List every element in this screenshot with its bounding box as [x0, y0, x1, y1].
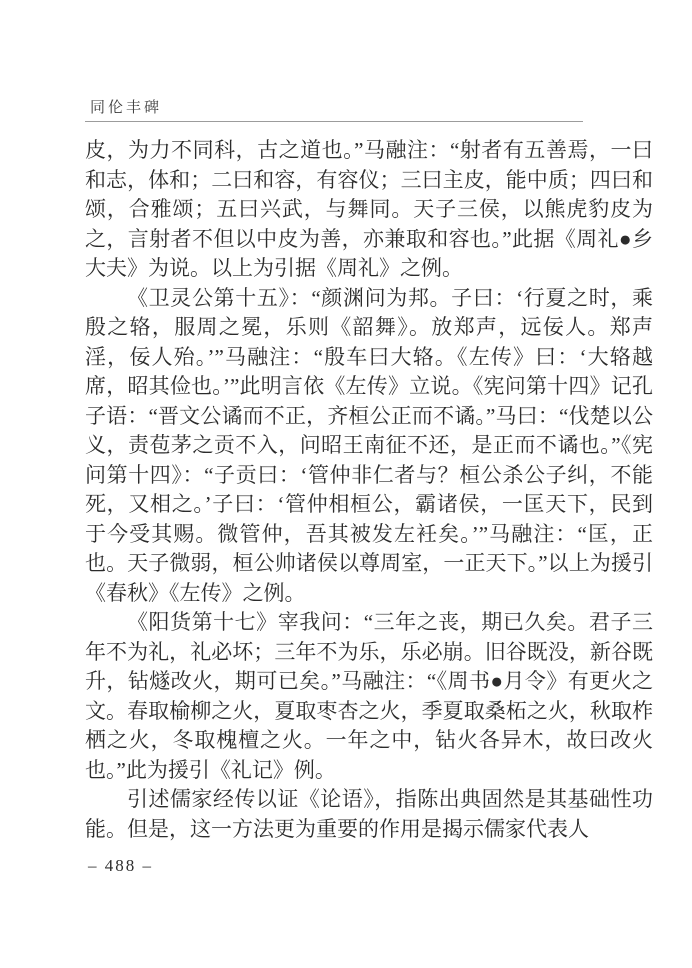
- paragraph: 皮，为力不同科，古之道也。”马融注：“射者有五善焉，一曰和志，体和；二曰和容，有…: [85, 136, 653, 284]
- paragraph: 引述儒家经传以证《论语》，指陈出典固然是其基础性功能。但是，这一方法更为重要的作…: [85, 785, 653, 844]
- page-number: – 488 –: [88, 856, 153, 876]
- paragraph: 《阳货第十七》宰我问：“三年之丧，期已久矣。君子三年不为礼，礼必坏；三年不为乐，…: [85, 608, 653, 785]
- header-rule: [85, 121, 583, 122]
- running-header: 同伦丰碑: [90, 96, 162, 117]
- body-text: 皮，为力不同科，古之道也。”马融注：“射者有五善焉，一曰和志，体和；二曰和容，有…: [85, 136, 653, 844]
- scanned-book-page: 同伦丰碑 皮，为力不同科，古之道也。”马融注：“射者有五善焉，一曰和志，体和；二…: [0, 0, 692, 968]
- paragraph: 《卫灵公第十五》：“颜渊问为邦。子曰：‘行夏之时，乘殷之辂，服周之冕，乐则《韶舞…: [85, 284, 653, 609]
